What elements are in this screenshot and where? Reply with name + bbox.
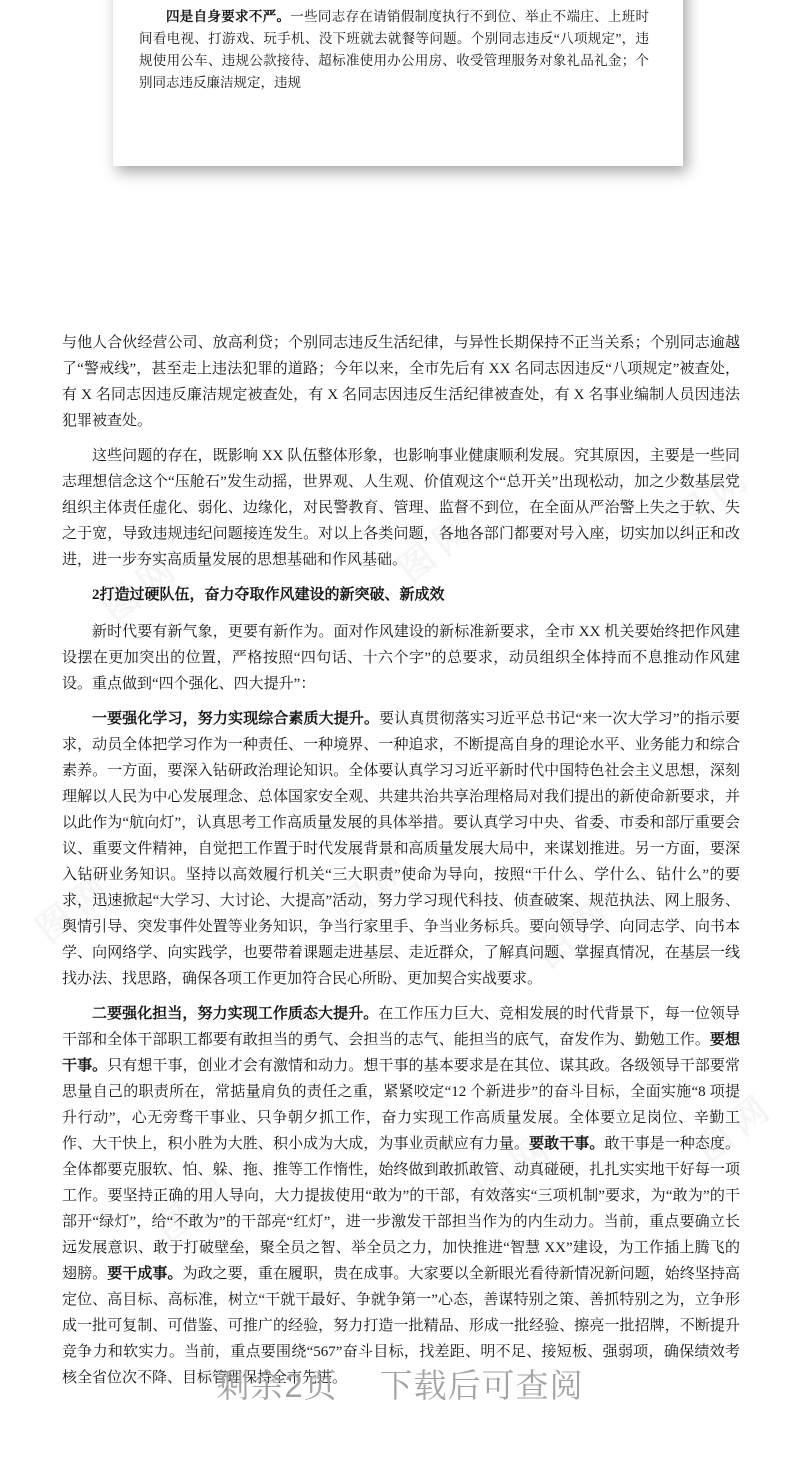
- paragraph: 二要强化担当，努力实现工作质态大提升。在工作压力巨大、竞相发展的时代背景下，每一…: [62, 1001, 740, 1391]
- document-preview-page: 图网 图网 图网 图网 图网 图网 图网 图网 图网 四是自身要求不严。一些同志…: [0, 0, 800, 1459]
- text-segment: 要敢干事。: [529, 1136, 604, 1152]
- text-segment: 要认真贯彻落实习近平总书记“来一次大学习”的指示要求，动员全体把学习作为一种责任…: [62, 711, 740, 987]
- page-preview-card: 四是自身要求不严。一些同志存在请销假制度执行不到位、举止不端庄、上班时间看电视、…: [113, 0, 683, 166]
- preview-paragraph: 四是自身要求不严。一些同志存在请销假制度执行不到位、举止不端庄、上班时间看电视、…: [139, 6, 649, 94]
- text-segment: 2打造过硬队伍，奋力夺取作风建设的新突破、新成效: [92, 587, 445, 603]
- paragraph: 新时代要有新气象，更要有新作为。面对作风建设的新标准新要求，全市 XX 机关要始…: [62, 619, 740, 697]
- text-segment: 这些问题的存在，既影响 XX 队伍整体形象，也影响事业健康顺利发展。究其原因，主…: [62, 448, 740, 568]
- download-hint-text: 下载后可查阅: [380, 1367, 584, 1404]
- section-heading: 2打造过硬队伍，奋力夺取作风建设的新突破、新成效: [62, 582, 740, 608]
- text-segment: 敢干事是一种态度。全体都要克服软、怕、躲、拖、推等工作惰性，始终做到敢抓敢管、动…: [62, 1136, 740, 1282]
- text-segment: 一要强化学习，努力实现综合素质大提升。: [92, 711, 379, 727]
- text-segment: 要干成事。: [107, 1266, 182, 1282]
- text-segment: 四是自身要求不严。: [166, 9, 290, 24]
- document-body: 与他人合伙经营公司、放高利贷；个别同志违反生活纪律，与异性长期保持不正当关系；个…: [62, 330, 740, 1400]
- remaining-pages-text: 剩余2页: [216, 1367, 337, 1404]
- paragraph: 与他人合伙经营公司、放高利贷；个别同志违反生活纪律，与异性长期保持不正当关系；个…: [62, 330, 740, 434]
- text-segment: 二要强化担当，努力实现工作质态大提升。: [92, 1006, 378, 1022]
- text-segment: 与他人合伙经营公司、放高利贷；个别同志违反生活纪律，与异性长期保持不正当关系；个…: [62, 335, 740, 429]
- paragraph: 这些问题的存在，既影响 XX 队伍整体形象，也影响事业健康顺利发展。究其原因，主…: [62, 443, 740, 573]
- remaining-pages-notice: 剩余2页下载后可查阅: [0, 1360, 800, 1407]
- paragraph: 一要强化学习，努力实现综合素质大提升。要认真贯彻落实习近平总书记“来一次大学习”…: [62, 706, 740, 992]
- text-segment: 新时代要有新气象，更要有新作为。面对作风建设的新标准新要求，全市 XX 机关要始…: [62, 624, 740, 692]
